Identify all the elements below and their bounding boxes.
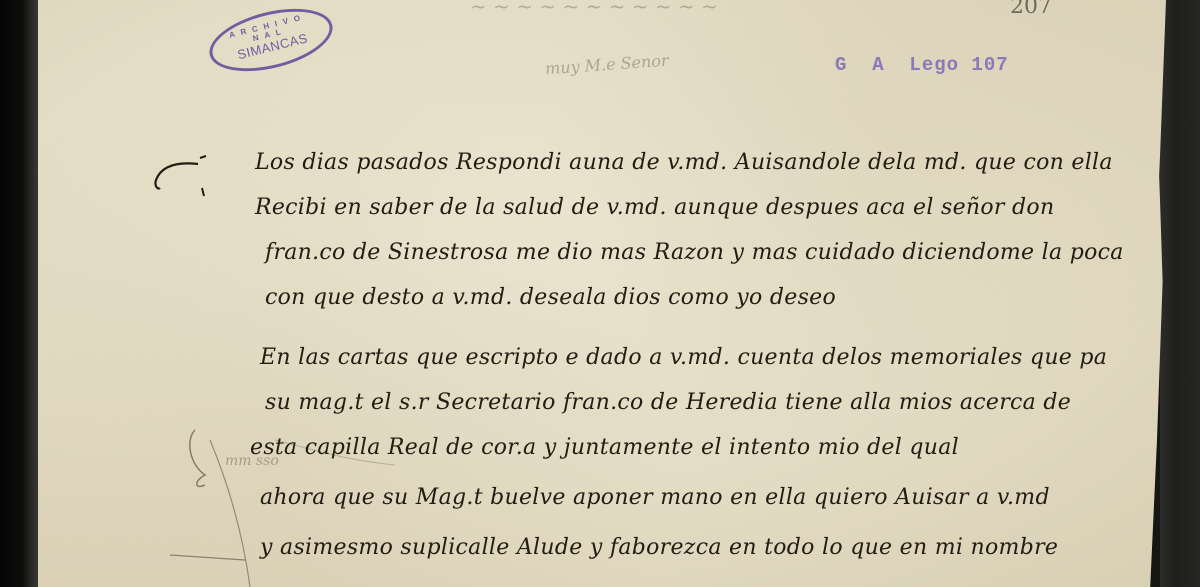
document-scan: ~ ~ ~ ~ ~ ~ ~ ~ ~ ~ ~ 207 ARCHIVO NAL SI…	[0, 0, 1200, 587]
manuscript-line-9: y asimesmo suplicalle Alude y faborezca …	[260, 535, 1058, 560]
manuscript-line-4: con que desto a v.md. deseala dios como …	[265, 285, 836, 310]
manuscript-line-1: Los dias pasados Respondi auna de v.md. …	[255, 150, 1113, 175]
typed-archive-reference: G A Lego 107	[835, 54, 1009, 76]
book-binding-left	[0, 0, 40, 587]
manuscript-line-2: Recibi en saber de la salud de v.md. aun…	[255, 195, 1054, 220]
scan-background-right	[1160, 0, 1200, 587]
manuscript-line-7: esta capilla Real de cor.a y juntamente …	[250, 435, 959, 460]
manuscript-line-8: ahora que su Mag.t buelve aponer mano en…	[260, 485, 1050, 510]
manuscript-line-6: su mag.t el s.r Secretario fran.co de He…	[265, 390, 1071, 415]
manuscript-line-3: fran.co de Sinestrosa me dio mas Razon y…	[265, 240, 1124, 265]
folio-number: 207	[1010, 0, 1052, 19]
faded-header-text: ~ ~ ~ ~ ~ ~ ~ ~ ~ ~ ~	[470, 0, 1000, 18]
paragraph-flourish-icon	[150, 150, 210, 200]
manuscript-line-5: En las cartas que escripto e dado a v.md…	[260, 345, 1107, 370]
